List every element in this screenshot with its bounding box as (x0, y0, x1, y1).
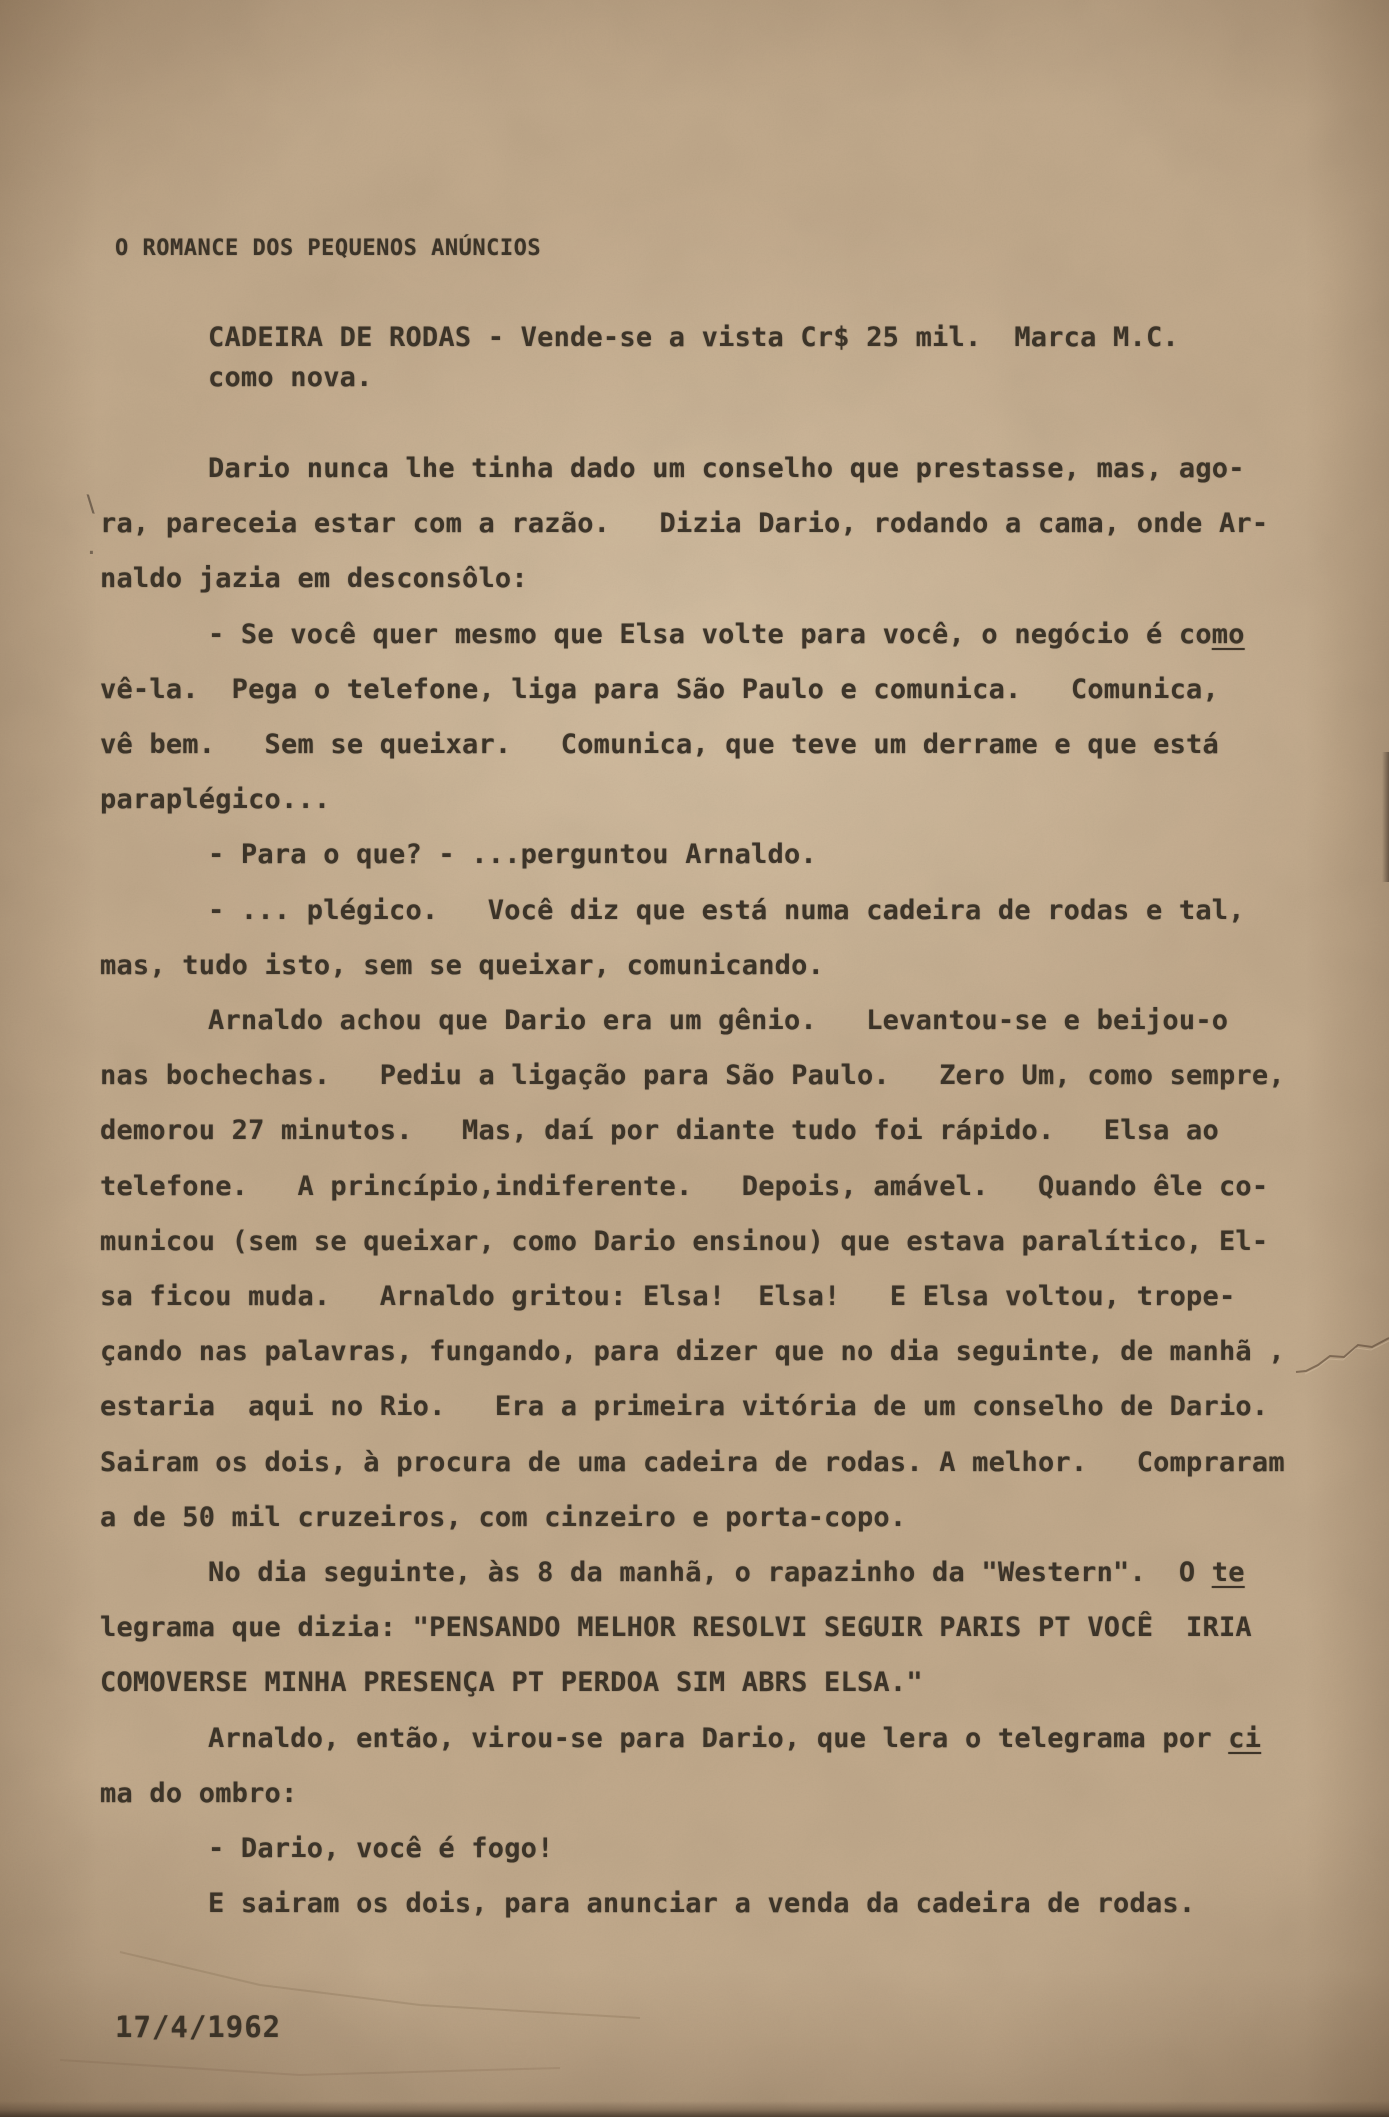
line-text: Sairam os dois, à procura de uma cadeira… (100, 1447, 1285, 1478)
body-line: vê bem. Sem se queixar. Comunica, que te… (100, 717, 1340, 772)
line-text: No dia seguinte, às 8 da manhã, o rapazi… (208, 1557, 1212, 1588)
line-text: - ... plégico. Você diz que está numa ca… (208, 895, 1245, 926)
story-body: Dario nunca lhe tinha dado um conselho q… (100, 441, 1340, 1931)
line-text: COMOVERSE MINHA PRESENÇA PT PERDOA SIM A… (100, 1667, 923, 1698)
line-text: Dario nunca lhe tinha dado um conselho q… (208, 453, 1245, 484)
line-text: E sairam os dois, para anunciar a venda … (208, 1888, 1195, 1919)
line-text: ma do ombro: (100, 1778, 297, 1809)
body-line: - Se você quer mesmo que Elsa volte para… (100, 607, 1340, 662)
body-line: demorou 27 minutos. Mas, daí por diante … (100, 1103, 1340, 1158)
body-line: vê-la. Pega o telefone, liga para São Pa… (100, 662, 1340, 717)
body-line: municou (sem se queixar, como Dario ensi… (100, 1214, 1340, 1269)
body-line: mas, tudo isto, sem se queixar, comunica… (100, 938, 1340, 993)
body-line: naldo jazia em desconsôlo: (100, 551, 1340, 606)
hyphen-underline: mo (1212, 619, 1245, 650)
body-line: nas bochechas. Pediu a ligação para São … (100, 1048, 1340, 1103)
line-text: - Se você quer mesmo que Elsa volte para… (208, 619, 1212, 650)
line-text: vê-la. Pega o telefone, liga para São Pa… (100, 674, 1219, 705)
line-text: estaria aqui no Rio. Era a primeira vitó… (100, 1391, 1268, 1422)
line-text: telefone. A princípio,indiferente. Depoi… (100, 1171, 1268, 1202)
line-text: demorou 27 minutos. Mas, daí por diante … (100, 1115, 1219, 1146)
body-line: Arnaldo achou que Dario era um gênio. Le… (100, 993, 1340, 1048)
typewritten-manuscript-page: O ROMANCE DOS PEQUENOS ANÚNCIOS CADEIRA … (0, 0, 1389, 2117)
hyphen-underline: te (1212, 1557, 1245, 1588)
body-line: legrama que dizia: "PENSANDO MELHOR RESO… (100, 1600, 1340, 1655)
line-text: ra, pareceia estar com a razão. Dizia Da… (100, 508, 1268, 539)
stray-ink-dot: . (86, 538, 97, 559)
line-text: çando nas palavras, fungando, para dizer… (100, 1336, 1285, 1367)
body-line: - ... plégico. Você diz que está numa ca… (100, 883, 1340, 938)
body-line: a de 50 mil cruzeiros, com cinzeiro e po… (100, 1490, 1340, 1545)
line-text: nas bochechas. Pediu a ligação para São … (100, 1060, 1285, 1091)
line-text: legrama que dizia: "PENSANDO MELHOR RESO… (100, 1612, 1252, 1643)
line-text: a de 50 mil cruzeiros, com cinzeiro e po… (100, 1502, 906, 1533)
body-line: sa ficou muda. Arnaldo gritou: Elsa! Els… (100, 1269, 1340, 1324)
body-line: No dia seguinte, às 8 da manhã, o rapazi… (100, 1545, 1340, 1600)
ad-line: CADEIRA DE RODAS - Vende-se a vista Cr$ … (208, 318, 1179, 358)
line-text: Arnaldo achou que Dario era um gênio. Le… (208, 1005, 1228, 1036)
body-line: ra, pareceia estar com a razão. Dizia Da… (100, 496, 1340, 551)
line-text: naldo jazia em desconsôlo: (100, 563, 528, 594)
hyphen-underline: ci (1228, 1723, 1261, 1754)
body-line: COMOVERSE MINHA PRESENÇA PT PERDOA SIM A… (100, 1655, 1340, 1710)
line-text: - Dario, você é fogo! (208, 1833, 554, 1864)
line-text: municou (sem se queixar, como Dario ensi… (100, 1226, 1268, 1257)
line-text: sa ficou muda. Arnaldo gritou: Elsa! Els… (100, 1281, 1235, 1312)
date-stamp: 17/4/1962 (115, 2010, 281, 2044)
line-text: - Para o que? - ...perguntou Arnaldo. (208, 839, 817, 870)
line-text: paraplégico... (100, 784, 330, 815)
paper-edge-shadow (1382, 752, 1389, 882)
ad-line: como nova. (208, 358, 1179, 398)
body-line: paraplégico... (100, 772, 1340, 827)
body-line: - Para o que? - ...perguntou Arnaldo. (100, 827, 1340, 882)
body-line: - Dario, você é fogo! (100, 1821, 1340, 1876)
classified-ad: CADEIRA DE RODAS - Vende-se a vista Cr$ … (208, 318, 1179, 398)
body-line: Arnaldo, então, virou-se para Dario, que… (100, 1711, 1340, 1766)
document-title: O ROMANCE DOS PEQUENOS ANÚNCIOS (115, 236, 541, 261)
body-line: ma do ombro: (100, 1766, 1340, 1821)
body-line: Sairam os dois, à procura de uma cadeira… (100, 1435, 1340, 1490)
line-text: Arnaldo, então, virou-se para Dario, que… (208, 1723, 1228, 1754)
body-line: telefone. A princípio,indiferente. Depoi… (100, 1159, 1340, 1214)
line-text: mas, tudo isto, sem se queixar, comunica… (100, 950, 824, 981)
line-text: vê bem. Sem se queixar. Comunica, que te… (100, 729, 1219, 760)
body-line: estaria aqui no Rio. Era a primeira vitó… (100, 1379, 1340, 1434)
body-line: Dario nunca lhe tinha dado um conselho q… (100, 441, 1340, 496)
body-line: çando nas palavras, fungando, para dizer… (100, 1324, 1340, 1379)
stray-ink-mark: \ (82, 491, 99, 518)
body-line: E sairam os dois, para anunciar a venda … (100, 1876, 1340, 1931)
